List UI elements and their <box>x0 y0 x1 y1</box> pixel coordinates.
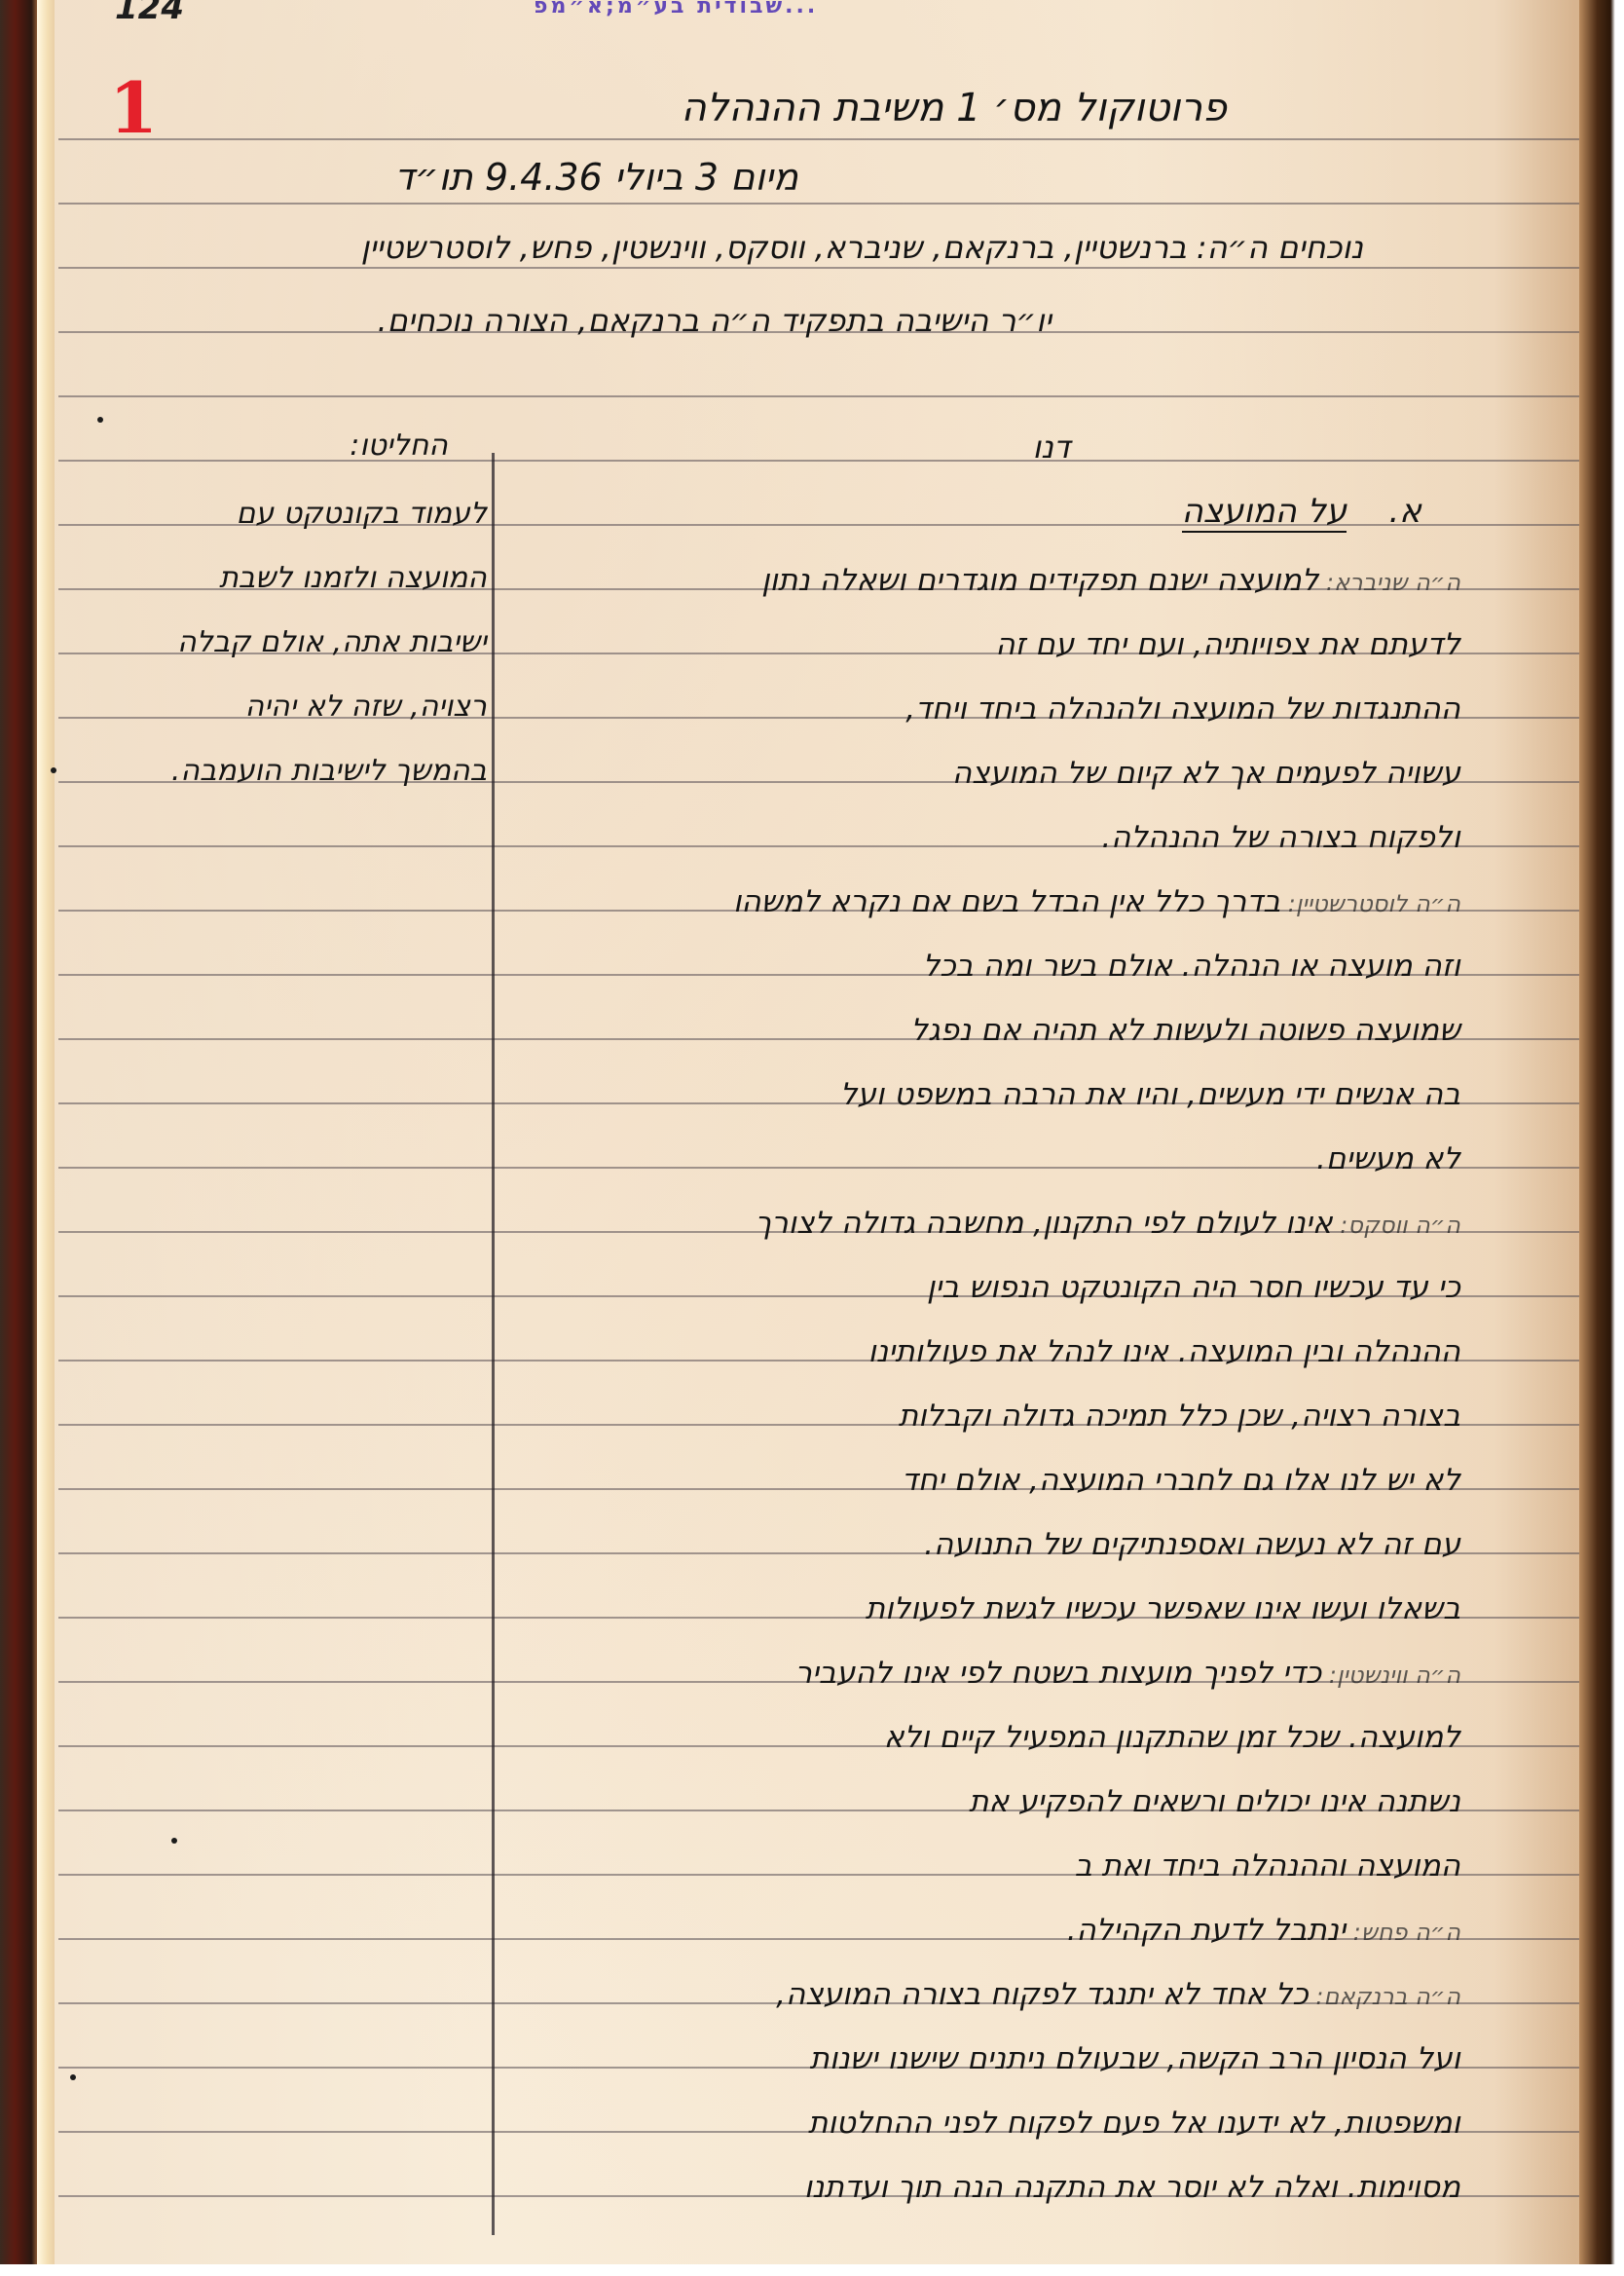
resolution-line: ישיבות אתה, אולם קבלה <box>68 625 487 659</box>
discussion-line: ה״ה שניברא: למועצה ישנם תפקידים מוגדרים … <box>506 563 1460 598</box>
discussion-text: למועצה ישנם תפקידים מוגדרים ושאלה נתון <box>761 563 1318 598</box>
section-label: א. <box>1388 492 1421 531</box>
discussion-line: ההנהלה ובין המועצה. אינו לנהל את פעולותי… <box>506 1334 1460 1369</box>
ink-stamp: ...שבודית בע״מ;א״מפ <box>534 0 818 19</box>
discussion-line: למועצה. שכל זמן שהתקנון המפעיל קיים ולא <box>506 1720 1460 1755</box>
discussion-line: ה״ה ווינשטין: כדי לפניך מועצות בשטח לפי … <box>506 1656 1460 1691</box>
section-title: על המועצה <box>1182 492 1347 533</box>
discussion-line: לא יש לנו אלו גם לחברי המועצה, אולם יחד <box>506 1463 1460 1498</box>
date-line: מיום 3 ביולי 9.4.36 תו״ד <box>175 156 798 199</box>
chair-line: יו״ר הישיבה בתפקיד ה״ה ברנקאם, הצורה נוכ… <box>117 302 1052 339</box>
resolution-line: רצויה, שזה לא יהיה <box>68 690 487 724</box>
discussion-text: ינתבל לדעת הקהילה. <box>1067 1913 1346 1948</box>
page-edge-left <box>37 0 55 2276</box>
discussion-line: לדעתם את צפויותיה, ועם יחד עם זה <box>506 627 1460 662</box>
attendees-line: נוכחים ה״ה: ברנשטיין, ברנקאם, שניברא, וו… <box>156 229 1363 266</box>
ink-speck <box>70 2074 76 2080</box>
discussion-line: מסוימות. ואלה לא יוסר את התקנה הנה תוך ו… <box>506 2170 1460 2205</box>
discussion-text: מסוימות. ואלה לא יוסר את התקנה הנה תוך ו… <box>804 2170 1460 2205</box>
discussion-line: בצורה רצויה, שכן כלל תמיכה גדולה וקבלות <box>506 1399 1460 1434</box>
ruled-line <box>58 267 1579 269</box>
binding-right <box>1579 0 1624 2276</box>
discussion-text: ולפקוח בצורה של ההנהלה. <box>1101 820 1460 855</box>
discussion-text: כי עד עכשיו חסר היה הקונטקט הנפוש בין <box>927 1270 1460 1305</box>
discussion-line: בה אנשים ידי מעשים, והיו את הרבה במשפט ו… <box>506 1077 1460 1112</box>
discussion-line: ועל הנסיון הרב הקשה, שבעולם ניתנים שישנו… <box>506 2041 1460 2076</box>
discussion-line: בשאלו ועשו אינו שאפשר עכשיו לגשת לפעולות <box>506 1591 1460 1626</box>
discussion-line: לא מעשים. <box>506 1141 1460 1176</box>
discussion-text: כדי לפניך מועצות בשטח לפי אינו להעביר <box>795 1656 1322 1691</box>
ink-speck <box>97 417 103 423</box>
discussion-text: וזה מועצה או הנהלה. אולם בשר ומה בכל <box>923 949 1460 984</box>
ink-speck <box>51 767 56 773</box>
discussion-line: כי עד עכשיו חסר היה הקונטקט הנפוש בין <box>506 1270 1460 1305</box>
notebook-page: ...שבודית בע״מ;א״מפ 124 1 פרוטוקול מס׳ 1… <box>0 0 1624 2276</box>
discussion-text: בצורה רצויה, שכן כלל תמיכה גדולה וקבלות <box>899 1399 1460 1434</box>
discussion-line: ה״ה לוסטרשטיין: בדרך כלל אין הבדל בשם אם… <box>506 884 1460 919</box>
discussion-text: לדעתם את צפויותיה, ועם יחד עם זה <box>995 627 1460 662</box>
resolution-line: לעמוד בקונטקט עם <box>68 497 487 531</box>
ruled-line <box>58 138 1579 140</box>
discussion-line: שמועצה פשוטה ולעשות לא תהיה אם נפגל <box>506 1013 1460 1048</box>
discussion-line: ההתנגדות של המועצה ולהנהלה ביחד ויחד, <box>506 691 1460 727</box>
discussion-text: בשאלו ועשו אינו שאפשר עכשיו לגשת לפעולות <box>866 1591 1460 1626</box>
discussion-text: המועצה וההנהלה ביחד ואת ב <box>1075 1848 1460 1884</box>
discussion-line: ומשפטות, לא ידענו אל פעם לפקוח לפני ההחל… <box>506 2106 1460 2141</box>
speaker-label: ה״ה ווסקס: <box>1333 1212 1460 1239</box>
ink-speck <box>171 1838 177 1844</box>
discussion-line: ה״ה פחש: ינתבל לדעת הקהילה. <box>506 1913 1460 1948</box>
column-divider-line <box>492 453 495 2235</box>
ruled-line <box>58 203 1579 205</box>
discussion-text: ההתנגדות של המועצה ולהנהלה ביחד ויחד, <box>905 691 1460 727</box>
discussion-line: המועצה וההנהלה ביחד ואת ב <box>506 1848 1460 1884</box>
ruled-line <box>58 395 1579 397</box>
protocol-title: פרוטוקול מס׳ 1 משיבת ההנהלה <box>370 86 1227 131</box>
discussion-text: בה אנשים ידי מעשים, והיו את הרבה במשפט ו… <box>840 1077 1460 1112</box>
discussion-text: לא יש לנו אלו גם לחברי המועצה, אולם יחד <box>902 1463 1460 1498</box>
discussion-text: עם זה לא נעשה ואספנתיקים של התנועה. <box>924 1527 1460 1562</box>
speaker-label: ה״ה ווינשטין: <box>1321 1661 1460 1689</box>
discussion-text: ועל הנסיון הרב הקשה, שבעולם ניתנים שישנו… <box>810 2041 1460 2076</box>
discussion-line: עם זה לא נעשה ואספנתיקים של התנועה. <box>506 1527 1460 1562</box>
discussion-column-header: דנו <box>954 429 1149 466</box>
discussion-text: לא מעשים. <box>1316 1141 1460 1176</box>
discussion-text: ההנהלה ובין המועצה. אינו לנהל את פעולותי… <box>867 1334 1460 1369</box>
speaker-label: ה״ה פחש: <box>1346 1919 1460 1946</box>
page-number: 124 <box>115 0 184 27</box>
binding-left <box>0 0 37 2276</box>
discussion-text: ומשפטות, לא ידענו אל פעם לפקוח לפני ההחל… <box>808 2106 1460 2141</box>
discussion-line: עשויה לפעמים אך לא קיום של המועצה <box>506 756 1460 791</box>
section-heading: א. על המועצה <box>1052 492 1421 531</box>
resolution-line: המועצה ולזמנו לשבת <box>68 561 487 595</box>
discussion-line: ולפקוח בצורה של ההנהלה. <box>506 820 1460 855</box>
discussion-text: שמועצה פשוטה ולעשות לא תהיה אם נפגל <box>910 1013 1460 1048</box>
discussion-line: נשתנה אינו יכולים ורשאים להפקיע את <box>506 1784 1460 1819</box>
discussion-line: ה״ה ווסקס: אינו לעולם לפי התקנון, מחשבה … <box>506 1206 1460 1241</box>
discussion-text: בדרך כלל אין הבדל בשם אם נקרא למשהו <box>733 884 1280 919</box>
discussion-text: אינו לעולם לפי התקנון, מחשבה גדולה לצורך <box>756 1206 1333 1241</box>
discussion-text: למועצה. שכל זמן שהתקנון המפעיל קיים ולא <box>884 1720 1460 1755</box>
speaker-label: ה״ה ברנקאם: <box>1309 1983 1460 2010</box>
speaker-label: ה״ה שניברא: <box>1318 569 1460 596</box>
folio-number-red: 1 <box>109 66 158 149</box>
discussion-text: כל אחד לא יתנגד לפקוח בצורה המועצה, <box>776 1977 1309 2012</box>
scan-border <box>0 2264 1624 2276</box>
discussion-line: וזה מועצה או הנהלה. אולם בשר ומה בכל <box>506 949 1460 984</box>
resolution-line: בהמשך לישיבות הועמבה. <box>68 754 487 788</box>
speaker-label: ה״ה לוסטרשטיין: <box>1280 890 1460 917</box>
discussion-line: ה״ה ברנקאם: כל אחד לא יתנגד לפקוח בצורה … <box>506 1977 1460 2012</box>
discussion-text: נשתנה אינו יכולים ורשאים להפקיע את <box>969 1784 1460 1819</box>
resolutions-column-header: החליטו: <box>234 429 448 463</box>
discussion-text: עשויה לפעמים אך לא קיום של המועצה <box>952 756 1460 791</box>
